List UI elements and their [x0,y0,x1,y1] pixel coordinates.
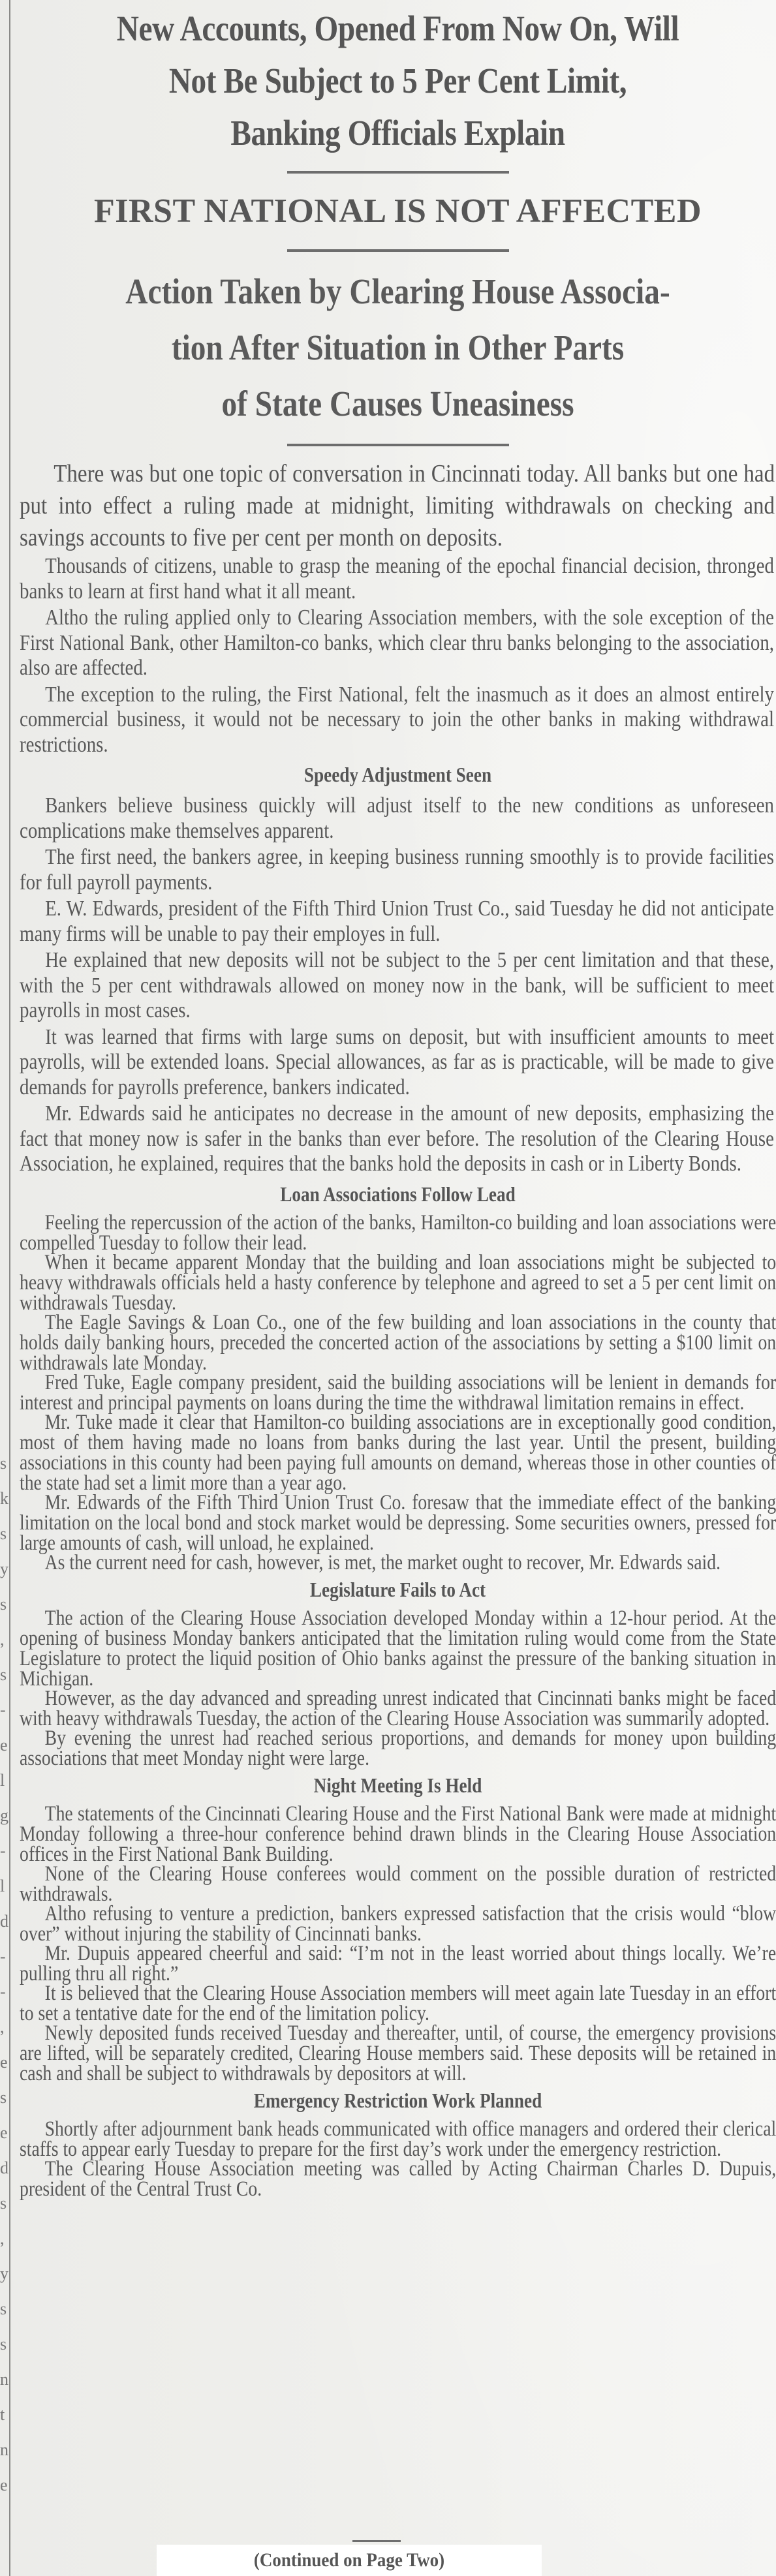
paragraph: As the current need for cash, however, i… [20,1553,776,1573]
continuation-notice: (Continued on Page Two) [157,2545,542,2576]
fragment-char: y [0,1561,9,1596]
main-headline-line: Not Be Subject to 5 Per Cent Limit, [72,55,723,107]
headline-divider [287,171,509,174]
fragment-char: e [0,2477,9,2512]
section-loan-associations: Loan Associations Follow Lead Feeling th… [20,1182,776,1573]
fragment-char: - [0,1984,9,2019]
paragraph: Newly deposited funds received Tuesday a… [20,2023,776,2084]
fragment-char: s [0,1455,9,1490]
fragment-char: - [0,1948,9,1984]
fragment-char: n [0,2442,9,2477]
main-headline-line: Banking Officials Explain [72,107,723,159]
paragraph: Shortly after adjournment bank heads com… [20,2119,776,2160]
section-heading: Speedy Adjustment Seen [76,763,719,787]
paragraph: E. W. Edwards, president of the Fifth Th… [20,897,774,947]
fragment-char: y [0,2265,9,2301]
section-night-meeting: Night Meeting Is Held The statements of … [20,1773,776,2084]
intro-body: Thousands of citizens, unable to grasp t… [20,554,776,758]
paragraph: The first need, the bankers agree, in ke… [20,845,774,895]
paragraph: Mr. Tuke made it clear that Hamilton-co … [20,1413,776,1494]
paragraph: Mr. Edwards of the Fifth Third Union Tru… [20,1493,776,1554]
paragraph: Bankers believe business quickly will ad… [20,793,774,844]
article-end-divider [352,2540,401,2542]
paragraph: When it became apparent Monday that the … [20,1253,776,1313]
section-heading: Emergency Restriction Work Planned [76,2089,719,2113]
section-legislature: Legislature Fails to Act The action of t… [20,1578,776,1769]
paragraph: The statements of the Cincinnati Clearin… [20,1804,776,1865]
fragment-char: s [0,2195,9,2230]
fragment-char: n [0,2371,9,2406]
fragment-char: e [0,2124,9,2160]
main-headline-line: New Accounts, Opened From Now On, Will [72,3,723,55]
paragraph: Thousands of citizens, unable to grasp t… [20,554,774,604]
lead-paragraph: There was but one topic of conversation … [20,458,775,554]
fragment-char: l [0,1772,9,1807]
fragment-char: s [0,2089,9,2124]
fragment-char: s [0,1596,9,1631]
fragment-char: k [0,1490,9,1526]
paragraph: Feeling the repercussion of the action o… [20,1213,776,1253]
deck-headline-line: tion After Situation in Other Parts [72,320,723,376]
paragraph: The Clearing House Association meeting w… [20,2159,776,2200]
paragraph: The exception to the ruling, the First N… [20,682,774,758]
section-heading: Night Meeting Is Held [76,1773,719,1798]
headline-divider [287,444,509,446]
fragment-char: t [0,2406,9,2442]
paragraph: Mr. Dupuis appeared cheerful and said: “… [20,1944,776,1984]
paragraph: It was learned that firms with large sum… [20,1025,774,1101]
paragraph: Fred Tuke, Eagle company president, said… [20,1373,776,1413]
deck-headline-line: of State Causes Uneasiness [72,376,723,432]
column-divider [9,0,10,2576]
continuation-link[interactable]: (Continued on Page Two) [176,2545,523,2576]
fragment-char: e [0,2054,9,2089]
paragraph: Altho refusing to venture a prediction, … [20,1904,776,1944]
paragraph: Mr. Edwards said he anticipates no decre… [20,1101,774,1177]
paragraph: By evening the unrest had reached seriou… [20,1728,776,1769]
fragment-char: - [0,1843,9,1878]
fragment-char: s [0,2301,9,2336]
paragraph: The Eagle Savings & Loan Co., one of the… [20,1313,776,1373]
section-emergency-work: Emergency Restriction Work Planned Short… [20,2089,776,2200]
paragraph: He explained that new deposits will not … [20,948,774,1024]
fragment-char: d [0,1913,9,1948]
fragment-char: d [0,2160,9,2195]
fragment-char: g [0,1807,9,1843]
section-heading: Legislature Fails to Act [76,1578,719,1602]
deck-headline: Action Taken by Clearing House Associa- … [72,264,723,432]
fragment-char: e [0,1737,9,1772]
main-headline: New Accounts, Opened From Now On, Will N… [72,3,723,159]
section-heading: Loan Associations Follow Lead [76,1182,719,1206]
fragment-char: , [0,2019,9,2054]
fragment-char: , [0,1631,9,1666]
paragraph: The action of the Clearing House Associa… [20,1608,776,1689]
banner-headline: FIRST NATIONAL IS NOT AFFECTED [20,185,776,238]
paragraph: However, as the day advanced and spreadi… [20,1689,776,1729]
fragment-char: - [0,1702,9,1737]
paragraph: None of the Clearing House conferees wou… [20,1864,776,1905]
adjacent-column-fragment: sksys,s-elg-ld--,eseds,yssntne [0,0,9,2576]
fragment-char: l [0,1878,9,1913]
paragraph: Altho the ruling applied only to Clearin… [20,606,774,681]
deck-headline-line: Action Taken by Clearing House Associa- [72,264,723,320]
fragment-char: s [0,1526,9,1561]
fragment-char: , [0,2230,9,2265]
paragraph: It is believed that the Clearing House A… [20,1984,776,2024]
fragment-char: s [0,1666,9,1702]
section-speedy-adjustment: Speedy Adjustment Seen Bankers believe b… [20,763,776,1177]
headline-divider [287,249,509,252]
news-article: New Accounts, Opened From Now On, Will N… [20,0,776,2199]
fragment-char: s [0,2336,9,2371]
